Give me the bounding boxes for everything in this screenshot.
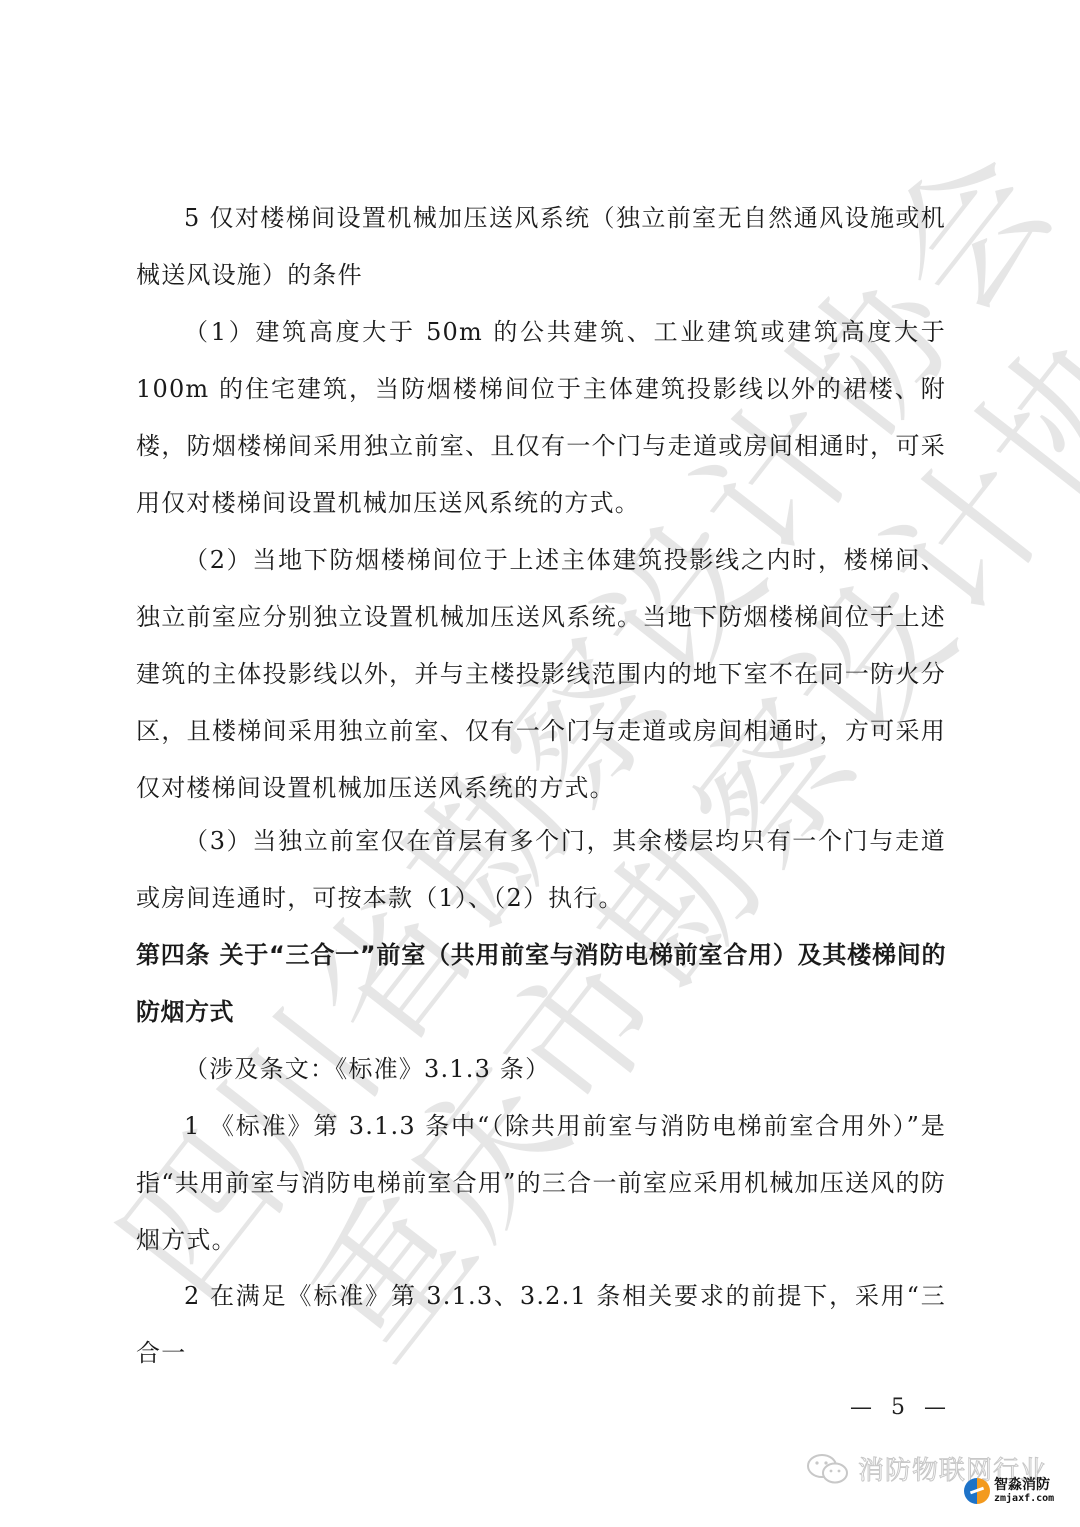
paragraph-article-4-item-1: 1 《标准》第 3.1.3 条中“（除共用前室与消防电梯前室合用外）”是指“共用…: [136, 1098, 946, 1269]
paragraph-subitem-2: （2）当地下防烟楼梯间位于上述主体建筑投影线之内时，楼梯间、独立前室应分别独立设…: [136, 532, 946, 817]
logo-icon: [964, 1478, 990, 1504]
wechat-icon: [806, 1452, 850, 1486]
logo-url: zmjaxf.com: [994, 1494, 1054, 1504]
paragraph-subitem-3: （3）当独立前室仅在首层有多个门，其余楼层均只有一个门与走道或房间连通时，可按本…: [136, 813, 946, 927]
page-number: — 5 —: [850, 1395, 952, 1420]
logo-name: 智淼消防: [994, 1478, 1054, 1492]
site-logo: 智淼消防 zmjaxf.com: [964, 1478, 1054, 1504]
reference-clause: （涉及条文：《标准》3.1.3 条）: [136, 1041, 946, 1098]
paragraph-item-5: 5 仅对楼梯间设置机械加压送风系统（独立前室无自然通风设施或机械送风设施）的条件: [136, 190, 946, 304]
paragraph-article-4-item-2: 2 在满足《标准》第 3.1.3、3.2.1 条相关要求的前提下，采用“三合一: [136, 1268, 946, 1382]
article-4-heading: 第四条 关于“三合一”前室（共用前室与消防电梯前室合用）及其楼梯间的防烟方式: [136, 927, 946, 1041]
paragraph-subitem-1: （1）建筑高度大于 50m 的公共建筑、工业建筑或建筑高度大于 100m 的住宅…: [136, 304, 946, 532]
